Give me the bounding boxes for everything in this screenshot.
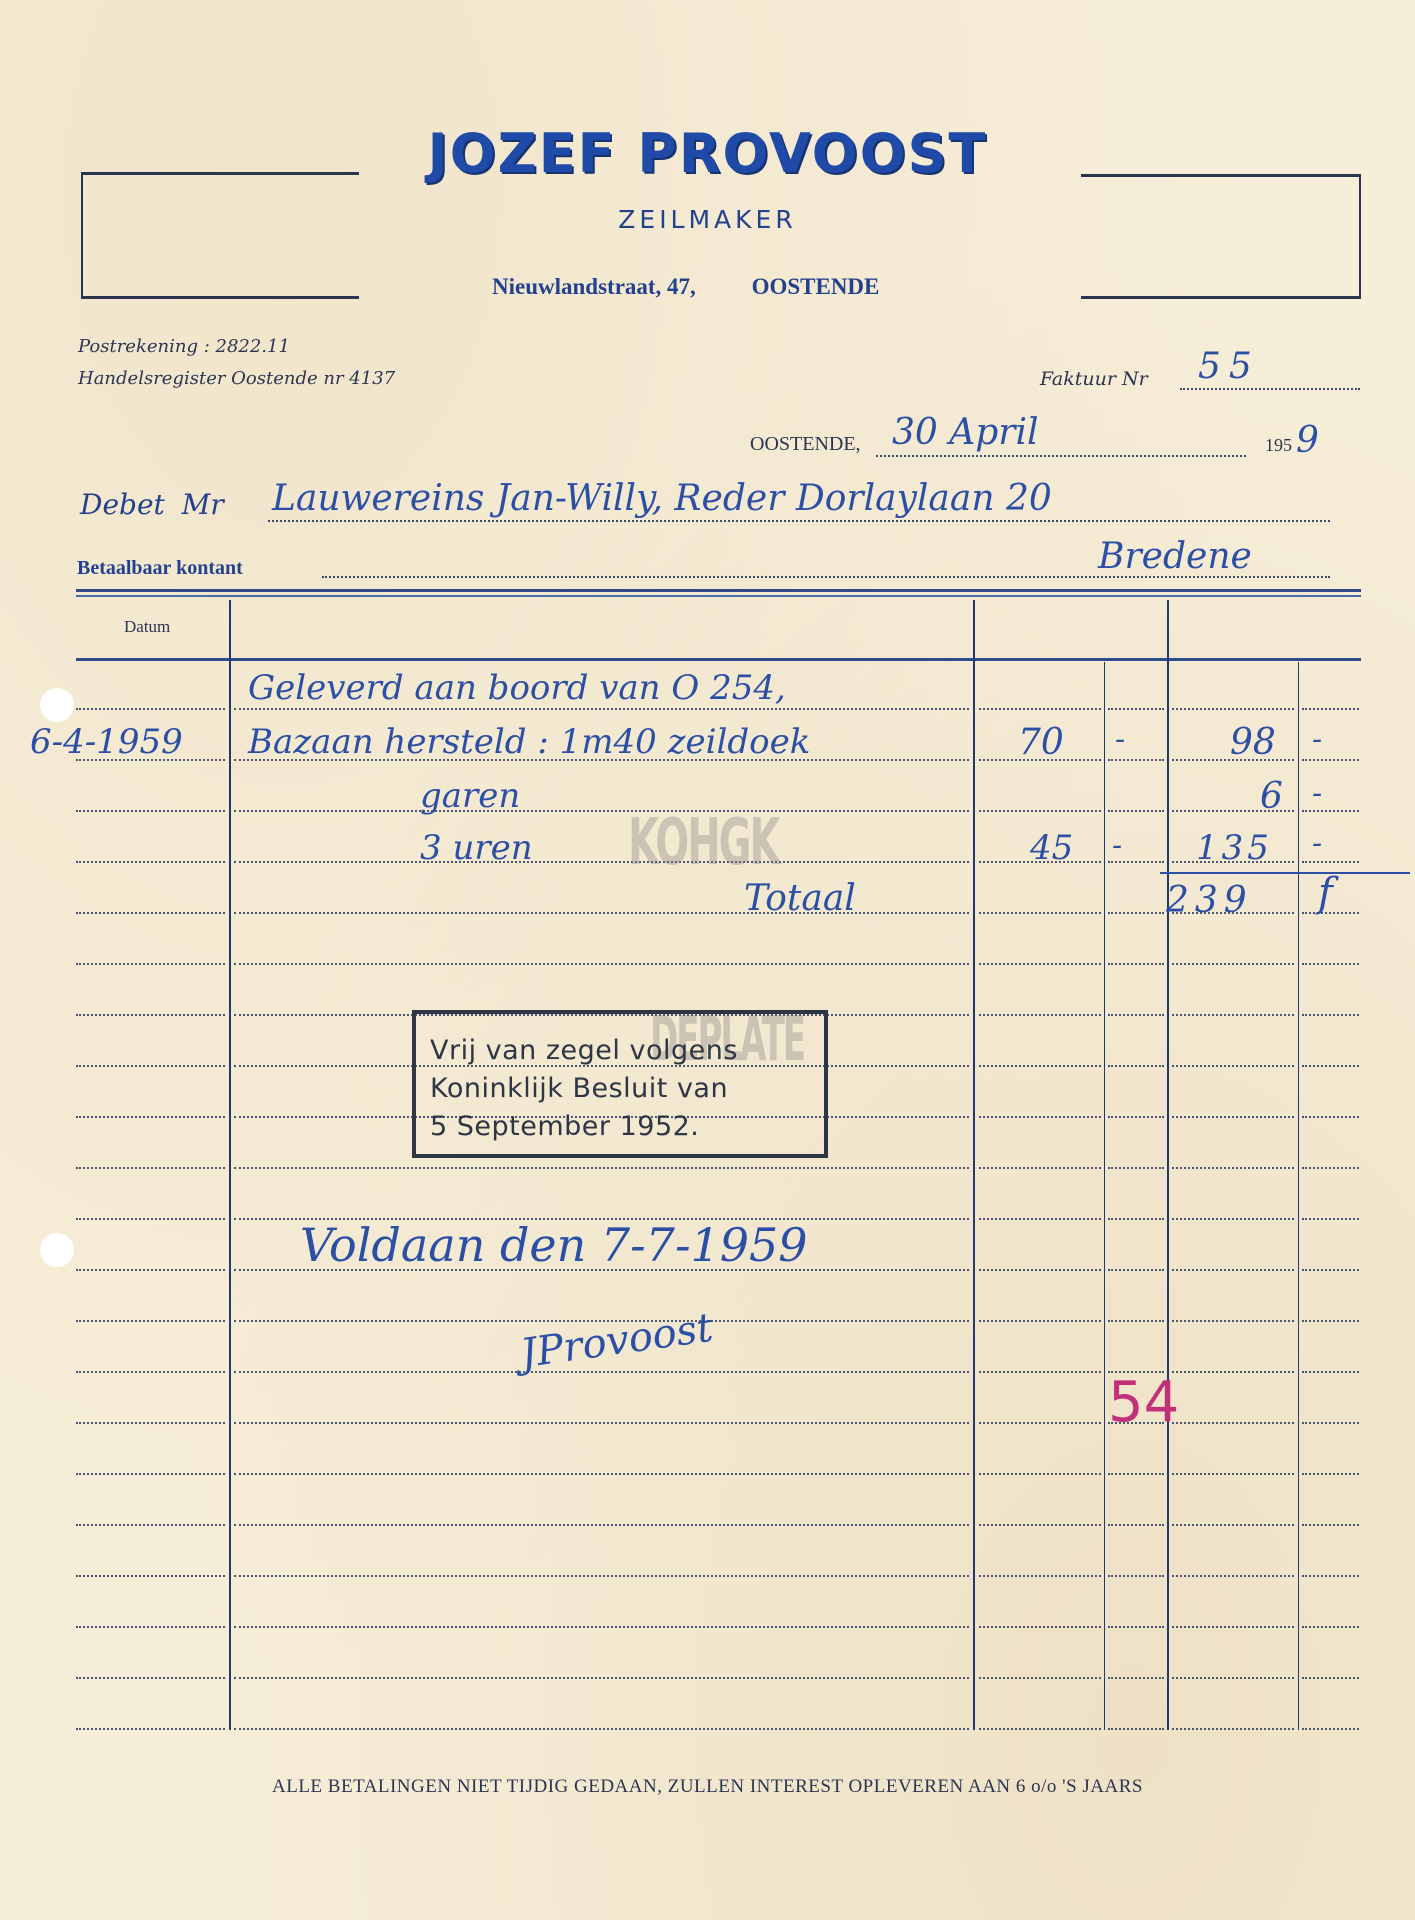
col-divider-qty <box>973 600 975 1730</box>
ruled-line <box>1302 708 1359 710</box>
ruled-line <box>1108 963 1164 965</box>
ruled-line <box>76 1065 225 1067</box>
row-4-description: 3 uren <box>420 828 533 868</box>
column-header-date: Datum <box>124 617 170 637</box>
row-5-amount: 239 <box>1166 880 1253 921</box>
ruled-line <box>1302 810 1359 812</box>
ruled-line <box>76 1728 225 1730</box>
row-4-amount-dash: - <box>1312 826 1322 861</box>
ruled-line <box>1302 1167 1359 1169</box>
right-bracket-side <box>1359 174 1361 296</box>
ruled-line <box>1172 1473 1294 1475</box>
right-bracket-top <box>1081 174 1361 177</box>
ruled-line <box>76 1320 225 1322</box>
ruled-line <box>1172 1422 1294 1424</box>
ruled-line <box>1302 1575 1359 1577</box>
ruled-line <box>76 810 225 812</box>
ruled-line <box>1302 1320 1359 1322</box>
ruled-line <box>1172 1626 1294 1628</box>
ruled-line <box>1302 1269 1359 1271</box>
row-5-description: Totaal <box>744 878 856 919</box>
ruled-line <box>1302 1218 1359 1220</box>
ruled-line <box>979 1116 1101 1118</box>
ruled-line <box>979 1320 1101 1322</box>
ruled-line <box>1302 861 1359 863</box>
ruled-line <box>1108 1473 1164 1475</box>
invoice-number-line <box>1180 388 1360 390</box>
ruled-line <box>1108 1218 1164 1220</box>
ruled-line <box>1172 1014 1294 1016</box>
row-2-qty: 70 <box>1018 722 1064 763</box>
ruled-line <box>1108 759 1164 761</box>
debet-line <box>268 520 1330 522</box>
ruled-line <box>1302 1473 1359 1475</box>
ruled-line <box>76 708 225 710</box>
row-3-amount: 6 <box>1260 776 1283 817</box>
ruled-line <box>1172 1371 1294 1373</box>
ruled-line <box>1108 1626 1164 1628</box>
ruled-line <box>1108 1728 1164 1730</box>
ruled-line <box>1108 1167 1164 1169</box>
ruled-line <box>1108 912 1164 914</box>
col-divider-amount <box>1167 600 1169 1730</box>
right-bracket-bottom <box>1081 296 1361 299</box>
left-bracket-side <box>81 172 83 296</box>
ruled-line <box>76 1422 225 1424</box>
row-2-amount-dash: - <box>1312 722 1322 757</box>
ruled-line <box>1108 1269 1164 1271</box>
ruled-line <box>76 1116 225 1118</box>
invoice-number-value: 55 <box>1198 346 1260 387</box>
left-bracket-top <box>81 172 359 175</box>
ruled-line <box>979 1575 1101 1577</box>
ruled-line <box>979 1728 1101 1730</box>
ruled-line <box>234 1371 969 1373</box>
watermark-1: KOHGK <box>628 806 779 880</box>
ruled-line <box>76 861 225 863</box>
date-written: 30 April <box>892 412 1039 453</box>
ruled-line <box>1108 810 1164 812</box>
ruled-line <box>234 1473 969 1475</box>
stamp-line-1: Vrij van zegel volgens <box>430 1032 824 1070</box>
debet-customer: Lauwereins Jan-Willy, Reder Dorlaylaan 2… <box>272 478 1052 519</box>
ruled-line <box>234 1626 969 1628</box>
ruled-line <box>1108 708 1164 710</box>
signature: JProvoost <box>518 1305 716 1377</box>
ruled-line <box>1172 1677 1294 1679</box>
ruled-line <box>1108 1524 1164 1526</box>
row-3-amount-dash: - <box>1312 776 1322 811</box>
row-2-description: Bazaan hersteld : 1m40 zeildoek <box>248 722 810 762</box>
ruled-line <box>76 1167 225 1169</box>
street: Nieuwlandstraat, 47, <box>492 274 696 299</box>
punch-hole-bottom <box>40 1233 74 1267</box>
ruled-line <box>979 1014 1101 1016</box>
ruled-line <box>234 1524 969 1526</box>
row-5-amount-currency: f <box>1318 870 1333 916</box>
ruled-line <box>76 1014 225 1016</box>
postrekening: Postrekening : 2822.11 <box>78 336 290 357</box>
ruled-line <box>234 861 969 863</box>
year-suffix: 9 <box>1296 420 1319 461</box>
ruled-line <box>234 963 969 965</box>
footer-notice: ALLE BETALINGEN NIET TIJDIG GEDAAN, ZULL… <box>0 1776 1415 1798</box>
ruled-line <box>1108 1014 1164 1016</box>
ruled-line <box>1172 1728 1294 1730</box>
row-4-amount: 135 <box>1196 828 1273 868</box>
left-bracket-bottom <box>81 296 359 299</box>
ruled-line <box>979 1524 1101 1526</box>
company-trade: ZEILMAKER <box>0 205 1415 234</box>
ruled-line <box>1172 1065 1294 1067</box>
ruled-line <box>1108 1677 1164 1679</box>
debet-label: Debet Mr <box>80 488 224 521</box>
ruled-line <box>979 1065 1101 1067</box>
ruled-line <box>76 1269 225 1271</box>
ruled-line <box>979 708 1101 710</box>
payment-label: Betaalbaar kontant <box>77 557 243 580</box>
ruled-line <box>1172 1320 1294 1322</box>
ruled-line <box>1302 1371 1359 1373</box>
ruled-line <box>979 1167 1101 1169</box>
ruled-line <box>1302 1116 1359 1118</box>
ruled-line <box>76 912 225 914</box>
ruled-line <box>979 963 1101 965</box>
punch-hole-top <box>40 688 74 722</box>
ruled-line <box>979 912 1101 914</box>
ruled-line <box>1108 1065 1164 1067</box>
debet-city: Bredene <box>1098 536 1252 577</box>
ruled-line <box>76 1677 225 1679</box>
ruled-line <box>234 708 969 710</box>
ruled-line <box>1172 708 1294 710</box>
paid-note: Voldaan den 7-7-1959 <box>300 1218 808 1272</box>
ruled-line <box>979 1269 1101 1271</box>
ruled-line <box>1172 1269 1294 1271</box>
ruled-line <box>76 1371 225 1373</box>
ruled-line <box>234 1575 969 1577</box>
row-3-description: garen <box>420 776 520 816</box>
ruled-line <box>234 1422 969 1424</box>
ruled-line <box>979 1371 1101 1373</box>
ruled-line <box>1172 1575 1294 1577</box>
company-address: Nieuwlandstraat, 47, OOSTENDE <box>492 274 879 300</box>
ruled-line <box>234 912 969 914</box>
ruled-line <box>1302 1728 1359 1730</box>
ruled-line <box>1108 1116 1164 1118</box>
header-rule-top-2 <box>76 595 1361 597</box>
ruled-line <box>979 1677 1101 1679</box>
ruled-line <box>76 1473 225 1475</box>
ruled-line <box>1302 1065 1359 1067</box>
ruled-line <box>1302 759 1359 761</box>
ruled-line <box>234 1677 969 1679</box>
ruled-line <box>1302 1422 1359 1424</box>
ruled-line <box>234 1728 969 1730</box>
ruled-line <box>1172 1524 1294 1526</box>
row-2-qty-dash: - <box>1115 722 1125 757</box>
ruled-line <box>76 1575 225 1577</box>
ruled-line <box>76 1626 225 1628</box>
ruled-line <box>1172 963 1294 965</box>
place-label: OOSTENDE, <box>750 433 861 456</box>
handelsregister: Handelsregister Oostende nr 4137 <box>78 368 395 389</box>
year-prefix: 195 <box>1265 435 1292 456</box>
row-4-qty: 45 <box>1030 828 1073 868</box>
ruled-line <box>979 1218 1101 1220</box>
tax-exempt-stamp: Vrij van zegel volgens Koninklijk Beslui… <box>412 1010 828 1158</box>
invoice-number-label: Faktuur Nr <box>1040 368 1148 390</box>
row-4-qty-dash: - <box>1112 828 1122 863</box>
ruled-line <box>979 1473 1101 1475</box>
ruled-line <box>1302 1014 1359 1016</box>
stamp-line-2: Koninklijk Besluit van <box>430 1070 824 1108</box>
row-1-description: Geleverd aan boord van O 254, <box>248 668 786 708</box>
pink-annotation: 54 <box>1108 1370 1179 1435</box>
total-underline <box>1160 872 1410 874</box>
ruled-line <box>1302 1626 1359 1628</box>
stamp-line-3: 5 September 1952. <box>430 1108 824 1146</box>
ruled-line <box>979 1422 1101 1424</box>
col-divider-qty-cents <box>1104 662 1105 1730</box>
ruled-line <box>76 1218 225 1220</box>
ruled-line <box>1172 1167 1294 1169</box>
ruled-line <box>1172 1218 1294 1220</box>
col-divider-date <box>229 600 231 1730</box>
ruled-line <box>234 810 969 812</box>
col-divider-amount-cents <box>1298 662 1299 1730</box>
header-rule-top <box>76 589 1361 592</box>
ruled-line <box>234 1167 969 1169</box>
date-line <box>876 455 1246 457</box>
ruled-line <box>1302 1677 1359 1679</box>
ruled-line <box>979 810 1101 812</box>
ruled-line <box>1108 1320 1164 1322</box>
row-2-date: 6-4-1959 <box>30 722 183 762</box>
ruled-line <box>76 1524 225 1526</box>
ruled-line <box>76 963 225 965</box>
ruled-line <box>1108 1575 1164 1577</box>
ruled-line <box>1302 963 1359 965</box>
ruled-line <box>1302 1524 1359 1526</box>
row-2-amount: 98 <box>1230 722 1276 763</box>
city: OOSTENDE <box>752 274 880 299</box>
ruled-line <box>1172 1116 1294 1118</box>
ruled-line <box>979 1626 1101 1628</box>
